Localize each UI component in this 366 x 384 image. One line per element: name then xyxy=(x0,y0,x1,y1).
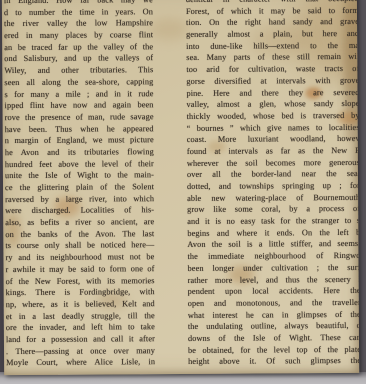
text-line: able new watering-place of Bournemouth xyxy=(187,192,359,205)
text-line: Wiley, and other tributaries. This xyxy=(4,64,153,77)
text-line: ry and its neighbourhood must not be xyxy=(5,251,154,264)
text-column-left: in England. How far back may wed to numb… xyxy=(4,0,155,369)
paper-stain xyxy=(149,18,189,40)
text-line: been longer under cultivation ; the surf xyxy=(187,262,359,275)
text-line: gorse diversified at intervals with grov… xyxy=(186,75,359,88)
text-line: grow like some coral, by a process of xyxy=(187,203,359,216)
text-line: n margin of England, we must picture xyxy=(5,134,154,147)
text-line: too arid for cultivation, waste tracts o… xyxy=(186,63,359,76)
text-line: rove the presence of man, rude savage xyxy=(5,111,154,124)
text-line: ore the invader, and left him to take xyxy=(6,321,155,334)
text-line: what interest he can in glimpses of the xyxy=(188,308,359,321)
photo-background: in England. How far back may wed to numb… xyxy=(0,0,366,384)
text-line: ipped flint have now and again been xyxy=(4,99,153,112)
text-line: wherever the soil becomes more generous xyxy=(187,157,359,170)
text-line: “ bournes ” which give names to localiti… xyxy=(187,121,360,134)
text-line: valley, almost a glen, whose sandy slope xyxy=(186,98,359,111)
text-line: have been. Thus when he appeared xyxy=(5,123,154,136)
text-line: the undulating outline, always beautiful… xyxy=(188,320,359,333)
text-line: of the New Forest, with its memories xyxy=(6,275,155,288)
text-line: be obtained, for the level top of the pl… xyxy=(188,344,359,357)
text-line: found at intervals as far as the New F xyxy=(187,145,359,158)
text-line: sea. Many parts of these still remain wi… xyxy=(186,51,359,64)
text-line: pendent upon local accidents. Here the xyxy=(188,285,360,298)
text-line: hundred feet above the level of their xyxy=(5,158,154,171)
text-line: generally almost a plain, but here and xyxy=(186,28,359,41)
text-line: open and monotonous, and the traveller xyxy=(188,297,359,310)
text-line: tion. On the right hand sandy and grave xyxy=(186,16,359,29)
text-line: rather more level, and thus the scenery … xyxy=(188,273,360,286)
text-line: s for many a mile ; and in it rude xyxy=(4,88,153,101)
text-line: ce the glittering plain of the Solent xyxy=(5,181,154,194)
text-line: an be traced far up the valley of the xyxy=(4,41,153,54)
text-line: seen all along the sea-shore, capping xyxy=(4,76,153,89)
text-line: thickly wooded, whose bed is traversed b… xyxy=(187,110,360,123)
text-line: et in a last deadly struggle, till the xyxy=(6,310,155,323)
text-line: the immediate neighbourhood of Ringwo xyxy=(187,250,359,263)
text-line: begins and where it ends. On the left b xyxy=(187,227,359,240)
text-line: on the banks of the Avon. The last xyxy=(5,228,154,241)
text-line: also, as befits a river so ancient, are xyxy=(5,216,154,229)
text-line: the river valley the low Hampshire xyxy=(4,18,153,31)
text-line: np, where, as it is believed, Kelt and xyxy=(6,298,155,311)
text-line: Forest, of which it may be said to form xyxy=(186,5,359,18)
text-line: into dune-like hills—extend to the ma xyxy=(186,40,359,53)
newspaper-clipping: in England. How far back may wed to numb… xyxy=(2,0,359,375)
text-line: r awhile it may be said to form one of xyxy=(5,263,154,276)
text-column-right: dentical in character with that occupied… xyxy=(186,0,359,368)
text-line: land for a possession and call it after xyxy=(6,333,155,346)
text-line: coast. More luxuriant woodland, howev xyxy=(187,133,359,146)
text-line: and it is no easy task for the stranger … xyxy=(187,215,359,228)
text-line: downs of the Isle of Wight. These can xyxy=(188,332,359,345)
text-line: unite the Isle of Wight to the main- xyxy=(5,169,154,182)
text-line: pine. Here and there they are severed xyxy=(186,86,359,99)
text-line: were discharged. Localities of his- xyxy=(5,205,154,218)
text-line: he Avon and its tributaries flowing xyxy=(5,146,154,159)
text-line: . There—passing at once over many xyxy=(6,345,155,358)
text-line: ered in many places by coarse flint xyxy=(4,29,153,42)
text-line: over all the border-land near the sea, xyxy=(187,168,359,181)
text-line: kings. There is Fordingbridge, with xyxy=(6,286,155,299)
text-line: Moyle Court, where Alice Lisle, in xyxy=(6,356,155,369)
text-line: ond Salisbury, and up the valleys of xyxy=(4,53,153,66)
text-line: Avon the soil is a little stiffer, and s… xyxy=(187,238,359,251)
text-line: height above it. Of such glimpses the xyxy=(188,355,359,368)
text-line: ts course only shall be noticed here— xyxy=(5,240,154,253)
text-line: dotted, and townships springing up ; for xyxy=(187,180,359,193)
text-line: raversed by a large river, into which xyxy=(5,193,154,206)
text-line: d to number the time in years. On xyxy=(4,6,153,19)
